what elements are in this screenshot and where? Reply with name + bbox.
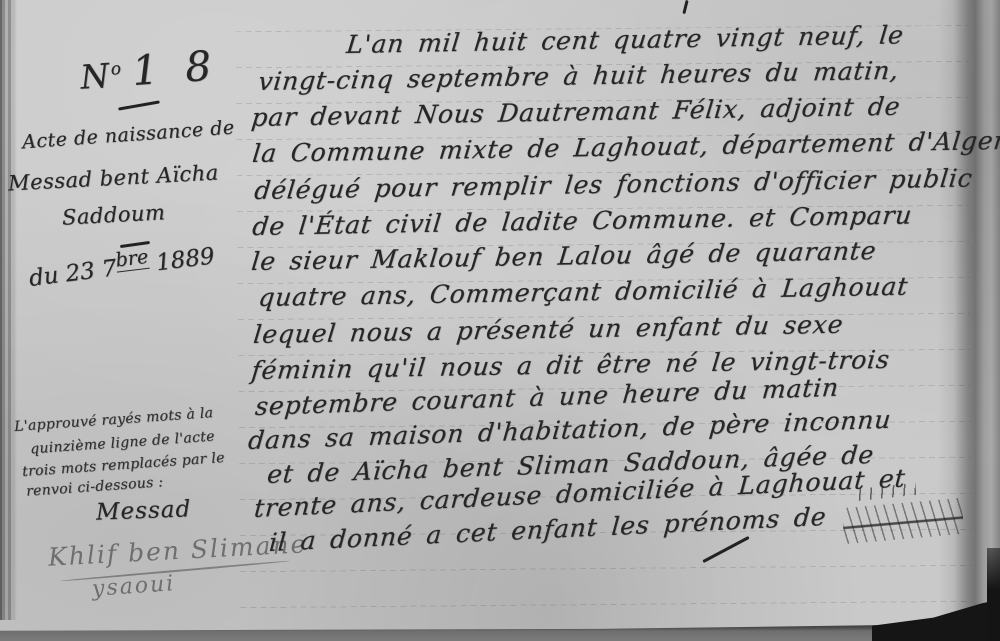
act-title-surname-line: Saddoum xyxy=(61,200,165,229)
act-number: No1 8 xyxy=(78,41,219,99)
signature: ysaoui xyxy=(91,571,176,602)
document-page: No1 8 Acte de naissance de Messad bent A… xyxy=(0,0,1000,641)
ink-stroke-top xyxy=(682,0,688,14)
act-title-line: Acte de naissance de xyxy=(21,117,235,154)
scanner-background xyxy=(0,622,1000,641)
page-edge-dark xyxy=(987,548,1000,641)
act-number-prefix: N xyxy=(79,56,113,97)
act-date-year: 1889 xyxy=(147,243,216,277)
act-number-ordinal: o xyxy=(110,59,124,80)
act-title-name-line: Messad bent Aïcha xyxy=(8,160,220,195)
act-number-underline xyxy=(118,100,160,110)
act-date-prefix: du 23 xyxy=(28,257,104,292)
page-gutter-shadow xyxy=(938,0,1000,641)
renvoi-word: Messad xyxy=(96,496,192,525)
act-number-value: 1 8 xyxy=(130,41,219,95)
binding-edge-shadow xyxy=(0,0,18,620)
act-date-month-suffix: bre xyxy=(114,245,149,273)
